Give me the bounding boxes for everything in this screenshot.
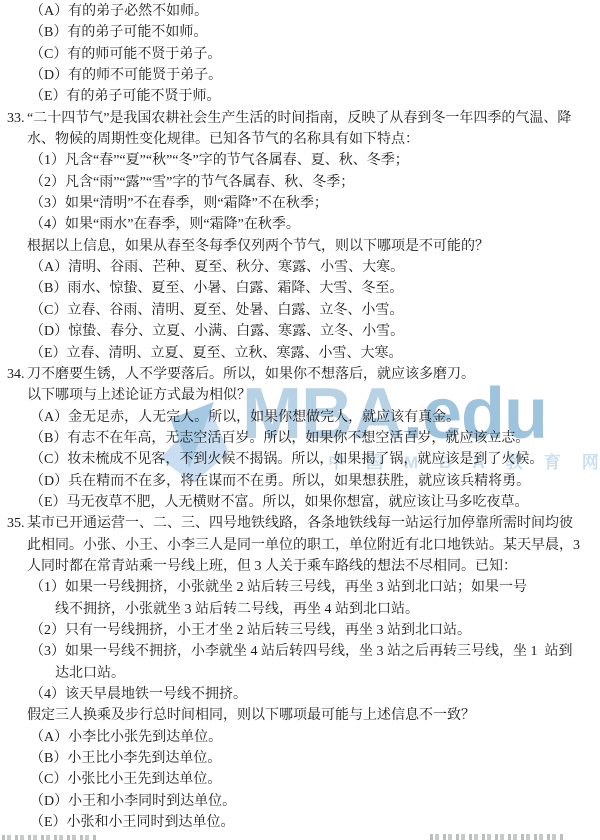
question-number: 35. [7,513,25,534]
option-line: （C）有的师可能不贤于弟子。 [0,44,600,65]
question-33-start-line: 33.“二十四节气”是我国农耕社会生产生活的时间指南，反映了从春到冬一年四季的气… [0,108,600,129]
option-line: （B）小王比小李先到达单位。 [0,748,600,769]
option-line: （D）惊蛰、春分、立夏、小满、白露、寒露、立冬、小雪。 [0,321,600,342]
condition-line: （4）该天早晨地铁一号线不拥挤。 [0,684,600,705]
option-line: （E）小张和小王同时到达单位。 [0,812,600,833]
question-stem-line: 水、物候的周期性变化规律。已知各节气的名称具有如下特点： [0,129,600,150]
option-line: （A）金无足赤，人无完人。所以，如果你想做完人，就应该有真金。 [0,407,600,428]
condition-line: （1）如果一号线拥挤，小张就坐 2 站后转三号线，再坐 3 站到北口站；如果一号 [0,577,600,598]
option-line: （D）小王和小李同时到达单位。 [0,791,600,812]
condition-line: （4）如果“雨水”在春季，则“霜降”在秋季。 [0,214,600,235]
condition-wrap-line: 线不拥挤，小张就坐 3 站后转二号线，再坐 4 站到北口站。 [0,599,600,620]
option-line: （C）立春、谷雨、清明、夏至、处暑、白露、立冬、小雪。 [0,300,600,321]
option-line: （C）妆未梳成不见客，不到火候不揭锅。所以，如果揭了锅，就应该是到了火候。 [0,449,600,470]
option-line: （B）雨水、惊蛰、夏至、小暑、白露、霜降、大雪、冬至。 [0,278,600,299]
question-prompt-line: 根据以上信息，如果从春至冬每季仅列两个节气，则以下哪项是不可能的？ [0,236,600,257]
document-body: （A）有的弟子必然不如师。 （B）有的弟子可能不如师。 （C）有的师可能不贤于弟… [0,0,600,833]
footer-clipped-text-left [2,835,96,840]
option-line: （A）有的弟子必然不如师。 [0,1,600,22]
option-line: （B）有志不在年高，无志空活百岁。所以，如果你不想空活百岁，就应该立志。 [0,428,600,449]
condition-line: （3）如果“清明”不在春季，则“霜降”不在秋季； [0,193,600,214]
footer-clipped-text-right [430,834,564,840]
condition-wrap-line: 达北口站。 [0,663,600,684]
condition-line: （2）只有一号线拥挤，小王才坐 2 站后转三号线，再坐 3 站到北口站。 [0,620,600,641]
question-prompt-line: 假定三人换乘及步行总时间相同，则以下哪项最可能与上述信息不一致？ [0,705,600,726]
condition-line: （1）凡含“春”“夏”“秋”“冬”字的节气各属春、夏、秋、冬季； [0,150,600,171]
option-line: （B）有的弟子可能不如师。 [0,22,600,43]
question-stem-line: 人同时都在常青站乘一号线上班，但 3 人关于乘车路线的想法不尽相同。已知： [0,556,600,577]
question-stem-text: “二十四节气”是我国农耕社会生产生活的时间指南，反映了从春到冬一年四季的气温、降 [27,111,571,126]
option-line: （C）小张比小王先到达单位。 [0,769,600,790]
option-line: （A）清明、谷雨、芒种、夏至、秋分、寒露、小雪、大寒。 [0,257,600,278]
question-number: 34. [7,364,25,385]
question-stem-text: 某市已开通运营一、二、三、四号地铁线路，各条地铁线每一站运行加停靠所需时间均彼 [27,516,573,531]
option-line: （D）兵在精而不在多，将在谋而不在勇。所以，如果想获胜，就应该兵精将勇。 [0,471,600,492]
option-line: （E）立春、清明、立夏、夏至、立秋、寒露、小雪、大寒。 [0,343,600,364]
option-line: （E）马无夜草不肥，人无横财不富。所以，如果你想富，就应该让马多吃夜草。 [0,492,600,513]
exam-page: MBA.edu 中国MBA教育网 （A）有的弟子必然不如师。 （B）有的弟子可能… [0,0,600,840]
question-stem-text: 刀不磨要生锈，人不学要落后。所以，如果你不想落后，就应该多磨刀。 [27,367,475,382]
question-prompt-line: 以下哪项与上述论证方式最为相似？ [0,385,600,406]
question-35-start-line: 35.某市已开通运营一、二、三、四号地铁线路，各条地铁线每一站运行加停靠所需时间… [0,513,600,534]
question-34-start-line: 34.刀不磨要生锈，人不学要落后。所以，如果你不想落后，就应该多磨刀。 [0,364,600,385]
option-line: （A）小李比小张先到达单位。 [0,727,600,748]
option-line: （D）有的师不可能贤于弟子。 [0,65,600,86]
question-stem-line: 此相同。小张、小王、小李三人是同一单位的职工，单位附近有北口地铁站。某天早晨，3 [0,535,600,556]
question-number: 33. [7,108,25,129]
condition-line: （2）凡含“雨”“露”“雪”字的节气各属春、秋、冬季； [0,172,600,193]
option-line: （E）有的弟子可能不贤于师。 [0,86,600,107]
condition-line: （3）如果一号线不拥挤，小李就坐 4 站后转四号线，坐 3 站之后再转三号线，坐… [0,641,600,662]
